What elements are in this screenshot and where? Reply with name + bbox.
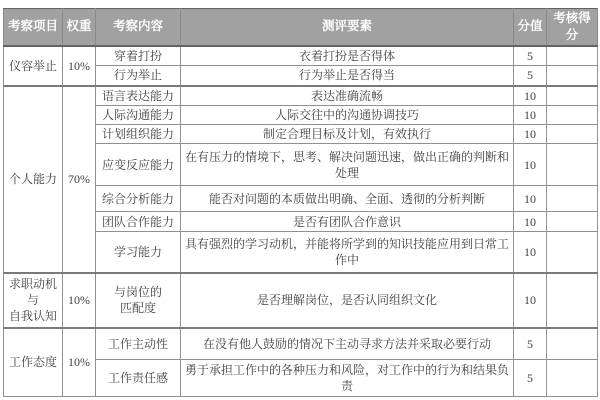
score-cell: 10 <box>514 273 547 328</box>
content-cell: 综合分析能力 <box>96 186 181 212</box>
table-row: 工作态度 10% 工作主动性 在没有他人鼓励的情况下主动寻求方法并采取必要行动 … <box>4 328 598 360</box>
result-cell <box>547 125 598 144</box>
table-row: 个人能力 70% 语言表达能力 表达准确流畅 10 <box>4 86 598 106</box>
element-cell: 是否有团队合作意识 <box>181 212 514 232</box>
result-cell <box>547 360 598 397</box>
table-row: 仪容举止 10% 穿着打扮 衣着打扮是否得体 5 <box>4 46 598 66</box>
section-weight: 10% <box>63 273 96 328</box>
result-cell <box>547 273 598 328</box>
score-cell: 5 <box>514 328 547 360</box>
content-cell: 工作责任感 <box>96 360 181 397</box>
col-header-content: 考察内容 <box>96 9 181 46</box>
score-cell: 10 <box>514 144 547 186</box>
score-cell: 5 <box>514 66 547 86</box>
result-cell <box>547 328 598 360</box>
content-cell: 工作主动性 <box>96 328 181 360</box>
element-cell: 人际交往中的沟通协调技巧 <box>181 105 514 124</box>
content-cell: 计划组织能力 <box>96 125 181 144</box>
result-cell <box>547 144 598 186</box>
element-cell: 是否理解岗位，是否认同组织文化 <box>181 273 514 328</box>
section-name: 仪容举止 <box>4 46 63 86</box>
score-cell: 5 <box>514 46 547 66</box>
score-cell: 5 <box>514 360 547 397</box>
content-cell: 学习能力 <box>96 232 181 273</box>
col-header-result: 考核得分 <box>547 9 598 46</box>
result-cell <box>547 86 598 106</box>
element-cell: 具有强烈的学习动机，并能将所学到的知识技能应用到日常工作中 <box>181 232 514 273</box>
content-cell: 应变反应能力 <box>96 144 181 186</box>
result-cell <box>547 105 598 124</box>
header-row: 考察项目 权重 考察内容 测评要素 分值 考核得分 <box>4 9 598 46</box>
score-cell: 10 <box>514 232 547 273</box>
score-cell: 10 <box>514 186 547 212</box>
section-name: 求职动机 与 自我认知 <box>4 273 63 328</box>
section-weight: 10% <box>63 46 96 86</box>
table-row: 求职动机 与 自我认知 10% 与岗位的 匹配度 是否理解岗位，是否认同组织文化… <box>4 273 598 328</box>
col-header-item: 考察项目 <box>4 9 63 46</box>
section-weight: 10% <box>63 328 96 397</box>
result-cell <box>547 212 598 232</box>
element-cell: 在有压力的情境下，思考、解决问题迅速，做出正确的判断和处理 <box>181 144 514 186</box>
element-cell: 制定合理目标及计划，有效执行 <box>181 125 514 144</box>
score-cell: 10 <box>514 212 547 232</box>
content-cell: 人际沟通能力 <box>96 105 181 124</box>
col-header-element: 测评要素 <box>181 9 514 46</box>
element-cell: 行为举止是否得当 <box>181 66 514 86</box>
evaluation-sheet: 考察项目 权重 考察内容 测评要素 分值 考核得分 仪容举止 10% 穿着打扮 … <box>0 0 600 400</box>
element-cell: 表达准确流畅 <box>181 86 514 106</box>
content-cell: 团队合作能力 <box>96 212 181 232</box>
element-cell: 衣着打扮是否得体 <box>181 46 514 66</box>
section-name: 个人能力 <box>4 86 63 273</box>
section-name: 工作态度 <box>4 328 63 397</box>
element-cell: 在没有他人鼓励的情况下主动寻求方法并采取必要行动 <box>181 328 514 360</box>
section-weight: 70% <box>63 86 96 273</box>
col-header-score: 分值 <box>514 9 547 46</box>
score-cell: 10 <box>514 105 547 124</box>
evaluation-table: 考察项目 权重 考察内容 测评要素 分值 考核得分 仪容举止 10% 穿着打扮 … <box>3 8 598 397</box>
element-cell: 勇于承担工作中的各种压力和风险，对工作中的行为和结果负责 <box>181 360 514 397</box>
content-cell: 行为举止 <box>96 66 181 86</box>
content-cell: 与岗位的 匹配度 <box>96 273 181 328</box>
element-cell: 能否对问题的本质做出明确、全面、透彻的分析判断 <box>181 186 514 212</box>
result-cell <box>547 66 598 86</box>
score-cell: 10 <box>514 86 547 106</box>
content-cell: 语言表达能力 <box>96 86 181 106</box>
result-cell <box>547 186 598 212</box>
content-cell: 穿着打扮 <box>96 46 181 66</box>
score-cell: 10 <box>514 125 547 144</box>
col-header-weight: 权重 <box>63 9 96 46</box>
result-cell <box>547 46 598 66</box>
result-cell <box>547 232 598 273</box>
